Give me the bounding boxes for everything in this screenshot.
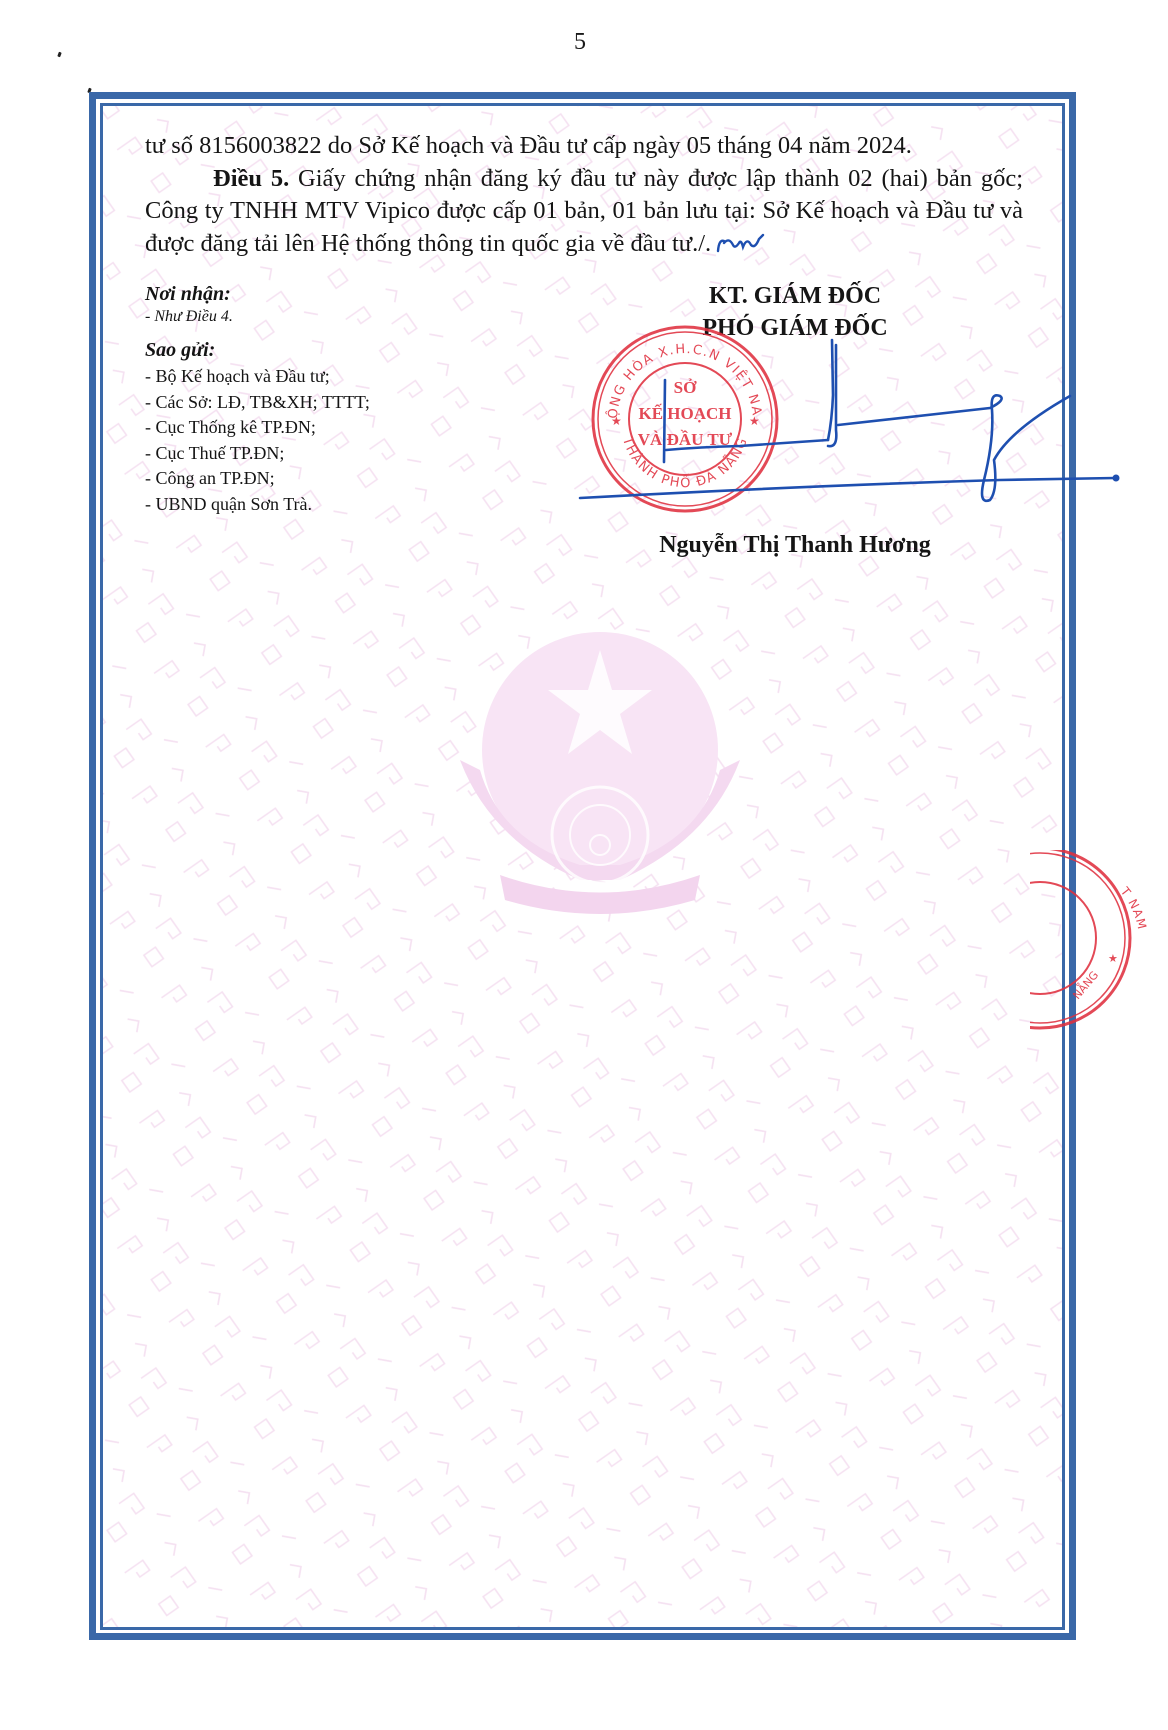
recipients-heading: Nơi nhận:: [145, 282, 565, 306]
article-5: Điều 5. Giấy chứng nhận đăng ký đầu tư n…: [145, 163, 1023, 261]
cc-item: - Bộ Kế hoạch và Đầu tư;: [145, 364, 565, 390]
svg-text:T NAM: T NAM: [1117, 884, 1149, 931]
recipients-block: Nơi nhận: - Như Điều 4. Sao gửi: - Bộ Kế…: [145, 282, 565, 517]
cc-heading: Sao gửi:: [145, 338, 565, 362]
initials-mark-icon: [715, 231, 765, 255]
signer-title-block: KT. GIÁM ĐỐC PHÓ GIÁM ĐỐC: [600, 280, 990, 344]
svg-text:★: ★: [1108, 952, 1118, 965]
recipients-primary: - Như Điều 4.: [145, 306, 565, 328]
partial-stamp-text: T NAM: [1117, 884, 1149, 931]
signer-name: Nguyễn Thị Thanh Hương: [600, 530, 990, 560]
cc-item: - Cục Thống kê TP.ĐN;: [145, 415, 565, 441]
article-label: Điều 5.: [213, 165, 289, 192]
cc-item: - Cục Thuế TP.ĐN;: [145, 441, 565, 467]
cc-item: - UBND quận Sơn Trà.: [145, 492, 565, 518]
scan-speck: [57, 52, 62, 58]
body-line-1: tư số 8156003822 do Sở Kế hoạch và Đầu t…: [145, 130, 1023, 163]
page-number: 5: [574, 28, 586, 56]
cc-list: - Bộ Kế hoạch và Đầu tư; - Các Sở: LĐ, T…: [145, 364, 565, 517]
cc-item: - Công an TP.ĐN;: [145, 466, 565, 492]
signer-title-line-1: KT. GIÁM ĐỐC: [600, 280, 990, 312]
body-text: tư số 8156003822 do Sở Kế hoạch và Đầu t…: [145, 130, 1023, 260]
signer-title-line-2: PHÓ GIÁM ĐỐC: [600, 312, 990, 344]
cc-item: - Các Sở: LĐ, TB&XH; TTTT;: [145, 390, 565, 416]
